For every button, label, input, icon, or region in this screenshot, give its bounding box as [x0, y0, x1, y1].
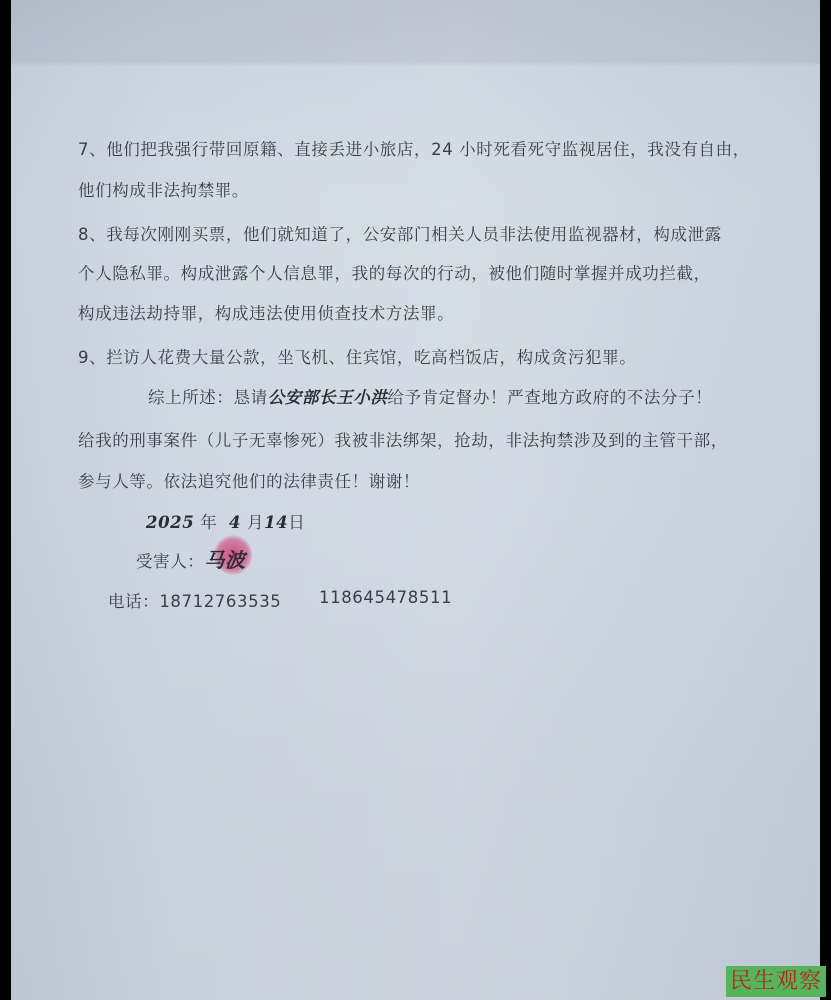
continuation-line-1: 给我的刑事案件（儿子无辜惨死）我被非法绑架，抢劫，非法拘禁涉及到的主管干部， — [78, 427, 728, 451]
item-7-line-2: 他们构成非法拘禁罪。 — [78, 177, 249, 201]
date-day: 14 — [264, 513, 288, 532]
summary-prefix: 综上所述：恳请 — [148, 388, 268, 407]
item-8-line-2: 个人隐私罪。构成泄露个人信息罪，我的每次的行动，被他们随时掌握并成功拦截， — [78, 260, 711, 284]
date-month-label: 月 — [247, 513, 264, 532]
date-line: 2025 年 4 月14日 — [146, 509, 305, 533]
watermark-logo: 民生观察 — [726, 966, 826, 997]
item-8-line-3: 构成违法劫持罪，构成违法使用侦查技术方法罪。 — [78, 300, 454, 324]
phone-number-2: 118645478511 — [319, 588, 452, 607]
continuation-line-2: 参与人等。依法追究他们的法律责任！谢谢！ — [78, 468, 420, 492]
date-month: 4 — [229, 513, 241, 532]
victim-signature: 马波 — [204, 548, 245, 572]
phone-number-1: 18712763535 — [159, 592, 281, 611]
phone-label: 电话： — [108, 592, 159, 611]
victim-line: 受害人：马波 — [136, 544, 246, 573]
phone-line: 电话：18712763535 — [108, 588, 281, 612]
date-year-label: 年 — [200, 513, 217, 532]
summary-line: 综上所述：恳请公安部长王小洪给予肯定督办！严查地方政府的不法分子！ — [148, 384, 712, 408]
item-8-line-1: 8、我每次刚刚买票，他们就知道了，公安部门相关人员非法使用监视器材，构成泄露 — [78, 221, 722, 245]
summary-suffix: 给予肯定督办！严查地方政府的不法分子！ — [387, 388, 712, 407]
date-day-label: 日 — [288, 513, 305, 532]
item-9-line-1: 9、拦访人花费大量公款，坐飞机、住宾馆，吃高档饭店，构成贪污犯罪。 — [78, 344, 636, 368]
victim-label: 受害人： — [136, 552, 204, 571]
item-7-line-1: 7、他们把我强行带回原籍、直接丢进小旅店，24 小时死看死守监视居住，我没有自由… — [78, 136, 750, 160]
summary-handwritten-addressee: 公安部长王小洪 — [268, 388, 388, 407]
date-year: 2025 — [146, 513, 194, 532]
document-page: 7、他们把我强行带回原籍、直接丢进小旅店，24 小时死看死守监视居住，我没有自由… — [11, 0, 820, 1000]
